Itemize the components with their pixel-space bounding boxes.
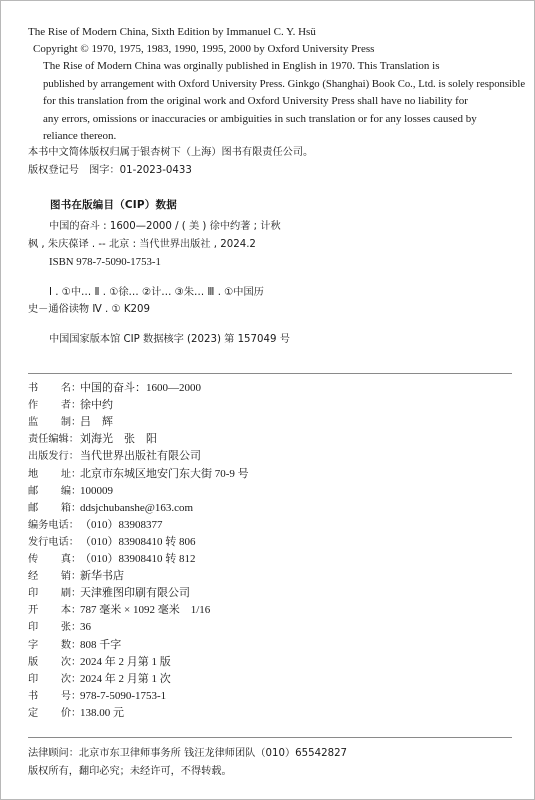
colophon-label-char: 定 <box>28 707 38 720</box>
colophon-label: 发行电话： <box>28 536 80 549</box>
cip-record-line-1: 中国的奋斗 : 1600—2000 / ( 美 ) 徐中约著 ; 计秋 <box>49 220 281 234</box>
copyright-years-line: Copyright © 1970, 1975, 1983, 1990, 1995… <box>33 42 374 56</box>
colophon-label-char: 地 <box>28 468 38 481</box>
colophon-label: 开本： <box>28 604 80 617</box>
colophon-label-char: 印 <box>28 621 38 634</box>
colophon-label: 书名： <box>28 382 80 395</box>
colophon-label-char: 真 <box>61 553 71 566</box>
colophon-label-char: 制 <box>61 416 71 429</box>
colophon-label: 作者： <box>28 399 80 412</box>
colophon-label-char: 开 <box>28 604 38 617</box>
translation-notice-line-2: published by arrangement with Oxford Uni… <box>43 77 525 91</box>
colophon-label: 版次： <box>28 656 80 669</box>
colophon-row: 印刷：天津雅图印刷有限公司 <box>28 587 190 600</box>
colophon-value: （010）83908410 转 812 <box>80 553 196 565</box>
colophon-label-char: 本 <box>61 604 71 617</box>
cip-verification-number: 中国国家版本馆 CIP 数据核字 (2023) 第 157049 号 <box>49 333 290 347</box>
colophon-label-char: 号 <box>61 690 71 703</box>
colophon-label-char: 编 <box>61 485 71 498</box>
colophon-value: 138.00 元 <box>80 707 124 719</box>
colophon-label: 定价： <box>28 707 80 720</box>
colophon-value: 吕 辉 <box>80 416 113 428</box>
colophon-label: 印次： <box>28 673 80 686</box>
colophon-label-char: 数 <box>61 639 71 652</box>
colophon-row: 监制：吕 辉 <box>28 416 113 429</box>
colophon-label-text: 出版发行 <box>28 451 69 462</box>
colophon-row: 编务电话：（010）83908377 <box>28 519 163 532</box>
colophon-label-char: 邮 <box>28 485 38 498</box>
separator-rule-bottom <box>28 737 512 738</box>
colophon-label-char: 刷 <box>61 587 71 600</box>
colophon-row: 传真：（010）83908410 转 812 <box>28 553 196 566</box>
colophon-value: 36 <box>80 621 91 633</box>
colophon-row: 经销：新华书店 <box>28 570 124 583</box>
colophon-label-char: 书 <box>28 382 38 395</box>
colophon-row: 印张：36 <box>28 621 91 634</box>
colophon-row: 作者：徐中约 <box>28 399 113 412</box>
colophon-value: （010）83908410 转 806 <box>80 536 196 548</box>
colophon-row: 书号：978-7-5090-1753-1 <box>28 690 166 703</box>
colophon-label: 监制： <box>28 416 80 429</box>
cip-subject-line-2: 史－通俗读物 Ⅳ . ① K209 <box>28 303 150 317</box>
cip-heading: 图书在版编目（CIP）数据 <box>50 198 177 212</box>
colophon-value: 787 毫米 × 1092 毫米 1/16 <box>80 604 210 616</box>
colophon-value: 徐中约 <box>80 399 113 411</box>
legal-counsel: 法律顾问：北京市东卫律师事务所 钱汪龙律师团队（010）65542827 <box>28 747 347 761</box>
colophon-label-char: 名 <box>61 382 71 395</box>
colophon-label-char: 次 <box>61 673 71 686</box>
colophon-row: 责任编辑：刘海光 张 阳 <box>28 433 157 446</box>
colophon-label-char: 箱 <box>61 502 71 515</box>
translation-notice-line-4: any errors, omissions or inaccuracies or… <box>43 112 477 126</box>
colophon-value: 中国的奋斗：1600—2000 <box>80 382 201 394</box>
colophon-colon: ： <box>69 537 79 548</box>
english-title-line: The Rise of Modern China, Sixth Edition … <box>28 25 316 39</box>
colophon-row: 开本：787 毫米 × 1092 毫米 1/16 <box>28 604 210 617</box>
colophon-label-char: 者 <box>61 399 71 412</box>
colophon-label-char: 传 <box>28 553 38 566</box>
colophon-label: 邮编： <box>28 485 80 498</box>
colophon-label-char: 版 <box>28 656 38 669</box>
colophon-value: 当代世界出版社有限公司 <box>80 450 201 462</box>
colophon-value: ddsjchubanshe@163.com <box>80 502 193 514</box>
copyright-registration-number: 版权登记号 图字：01-2023-0433 <box>28 164 192 178</box>
cip-subject-line-1: Ⅰ . ①中… Ⅱ . ①徐… ②计… ③朱… Ⅲ . ①中国历 <box>49 286 264 300</box>
colophon-value: 天津雅图印刷有限公司 <box>80 587 190 599</box>
rights-reserved-notice: 版权所有，翻印必究；未经许可，不得转载。 <box>28 765 232 779</box>
colophon-label: 印张： <box>28 621 80 634</box>
colophon-row: 发行电话：（010）83908410 转 806 <box>28 536 196 549</box>
colophon-value: 978-7-5090-1753-1 <box>80 690 166 702</box>
colophon-value: 808 千字 <box>80 639 121 651</box>
colophon-row: 邮箱：ddsjchubanshe@163.com <box>28 502 193 515</box>
colophon-value: 2024 年 2 月第 1 次 <box>80 673 171 685</box>
colophon-label: 责任编辑： <box>28 433 80 446</box>
colophon-value: （010）83908377 <box>80 519 163 531</box>
colophon-label: 印刷： <box>28 587 80 600</box>
colophon-label-char: 址 <box>61 468 71 481</box>
colophon-row: 书名：中国的奋斗：1600—2000 <box>28 382 201 395</box>
cip-isbn: ISBN 978-7-5090-1753-1 <box>49 255 161 269</box>
colophon-label-char: 张 <box>61 621 71 634</box>
colophon-row: 定价：138.00 元 <box>28 707 124 720</box>
colophon-label-char: 印 <box>28 587 38 600</box>
colophon-label-text: 发行电话 <box>28 537 69 548</box>
colophon-label-char: 价 <box>61 707 71 720</box>
translation-notice-line-5: reliance thereon. <box>43 129 116 143</box>
colophon-label-char: 作 <box>28 399 38 412</box>
colophon-label: 出版发行： <box>28 450 80 463</box>
colophon-row: 邮编：100009 <box>28 485 113 498</box>
cip-record-line-2: 枫 , 朱庆葆译 . -- 北京 : 当代世界出版社 , 2024.2 <box>28 238 256 252</box>
translation-notice-line-1: The Rise of Modern China was orginally p… <box>43 59 440 73</box>
colophon-label-text: 责任编辑 <box>28 434 69 445</box>
colophon-label-char: 次 <box>61 656 71 669</box>
colophon-row: 字数：808 千字 <box>28 639 121 652</box>
colophon-label-char: 监 <box>28 416 38 429</box>
colophon-label: 传真： <box>28 553 80 566</box>
colophon-label-char: 书 <box>28 690 38 703</box>
translation-notice-line-3: for this translation from the original w… <box>43 94 468 108</box>
colophon-value: 新华书店 <box>80 570 124 582</box>
colophon-value: 刘海光 张 阳 <box>80 433 157 445</box>
colophon-label-text: 编务电话 <box>28 520 69 531</box>
colophon-row: 印次：2024 年 2 月第 1 次 <box>28 673 171 686</box>
colophon-label: 邮箱： <box>28 502 80 515</box>
colophon-colon: ： <box>69 434 79 445</box>
colophon-label-char: 字 <box>28 639 38 652</box>
colophon-label-char: 销 <box>61 570 71 583</box>
colophon-value: 2024 年 2 月第 1 版 <box>80 656 171 668</box>
colophon-value: 100009 <box>80 485 113 497</box>
colophon-colon: ： <box>69 451 79 462</box>
colophon-label: 书号： <box>28 690 80 703</box>
colophon-label: 字数： <box>28 639 80 652</box>
separator-rule-top <box>28 373 512 374</box>
chinese-rights-statement: 本书中文简体版权归属于银杏树下（上海）图书有限责任公司。 <box>28 146 313 160</box>
copyright-page: The Rise of Modern China, Sixth Edition … <box>0 0 535 800</box>
colophon-value: 北京市东城区地安门东大街 70-9 号 <box>80 468 249 480</box>
colophon-label-char: 印 <box>28 673 38 686</box>
colophon-label-char: 邮 <box>28 502 38 515</box>
colophon-label: 经销： <box>28 570 80 583</box>
colophon-colon: ： <box>69 520 79 531</box>
colophon-label-char: 经 <box>28 570 38 583</box>
colophon-row: 版次：2024 年 2 月第 1 版 <box>28 656 171 669</box>
colophon-label: 地址： <box>28 468 80 481</box>
colophon-row: 出版发行：当代世界出版社有限公司 <box>28 450 201 463</box>
colophon-label: 编务电话： <box>28 519 80 532</box>
colophon-row: 地址：北京市东城区地安门东大街 70-9 号 <box>28 468 249 481</box>
